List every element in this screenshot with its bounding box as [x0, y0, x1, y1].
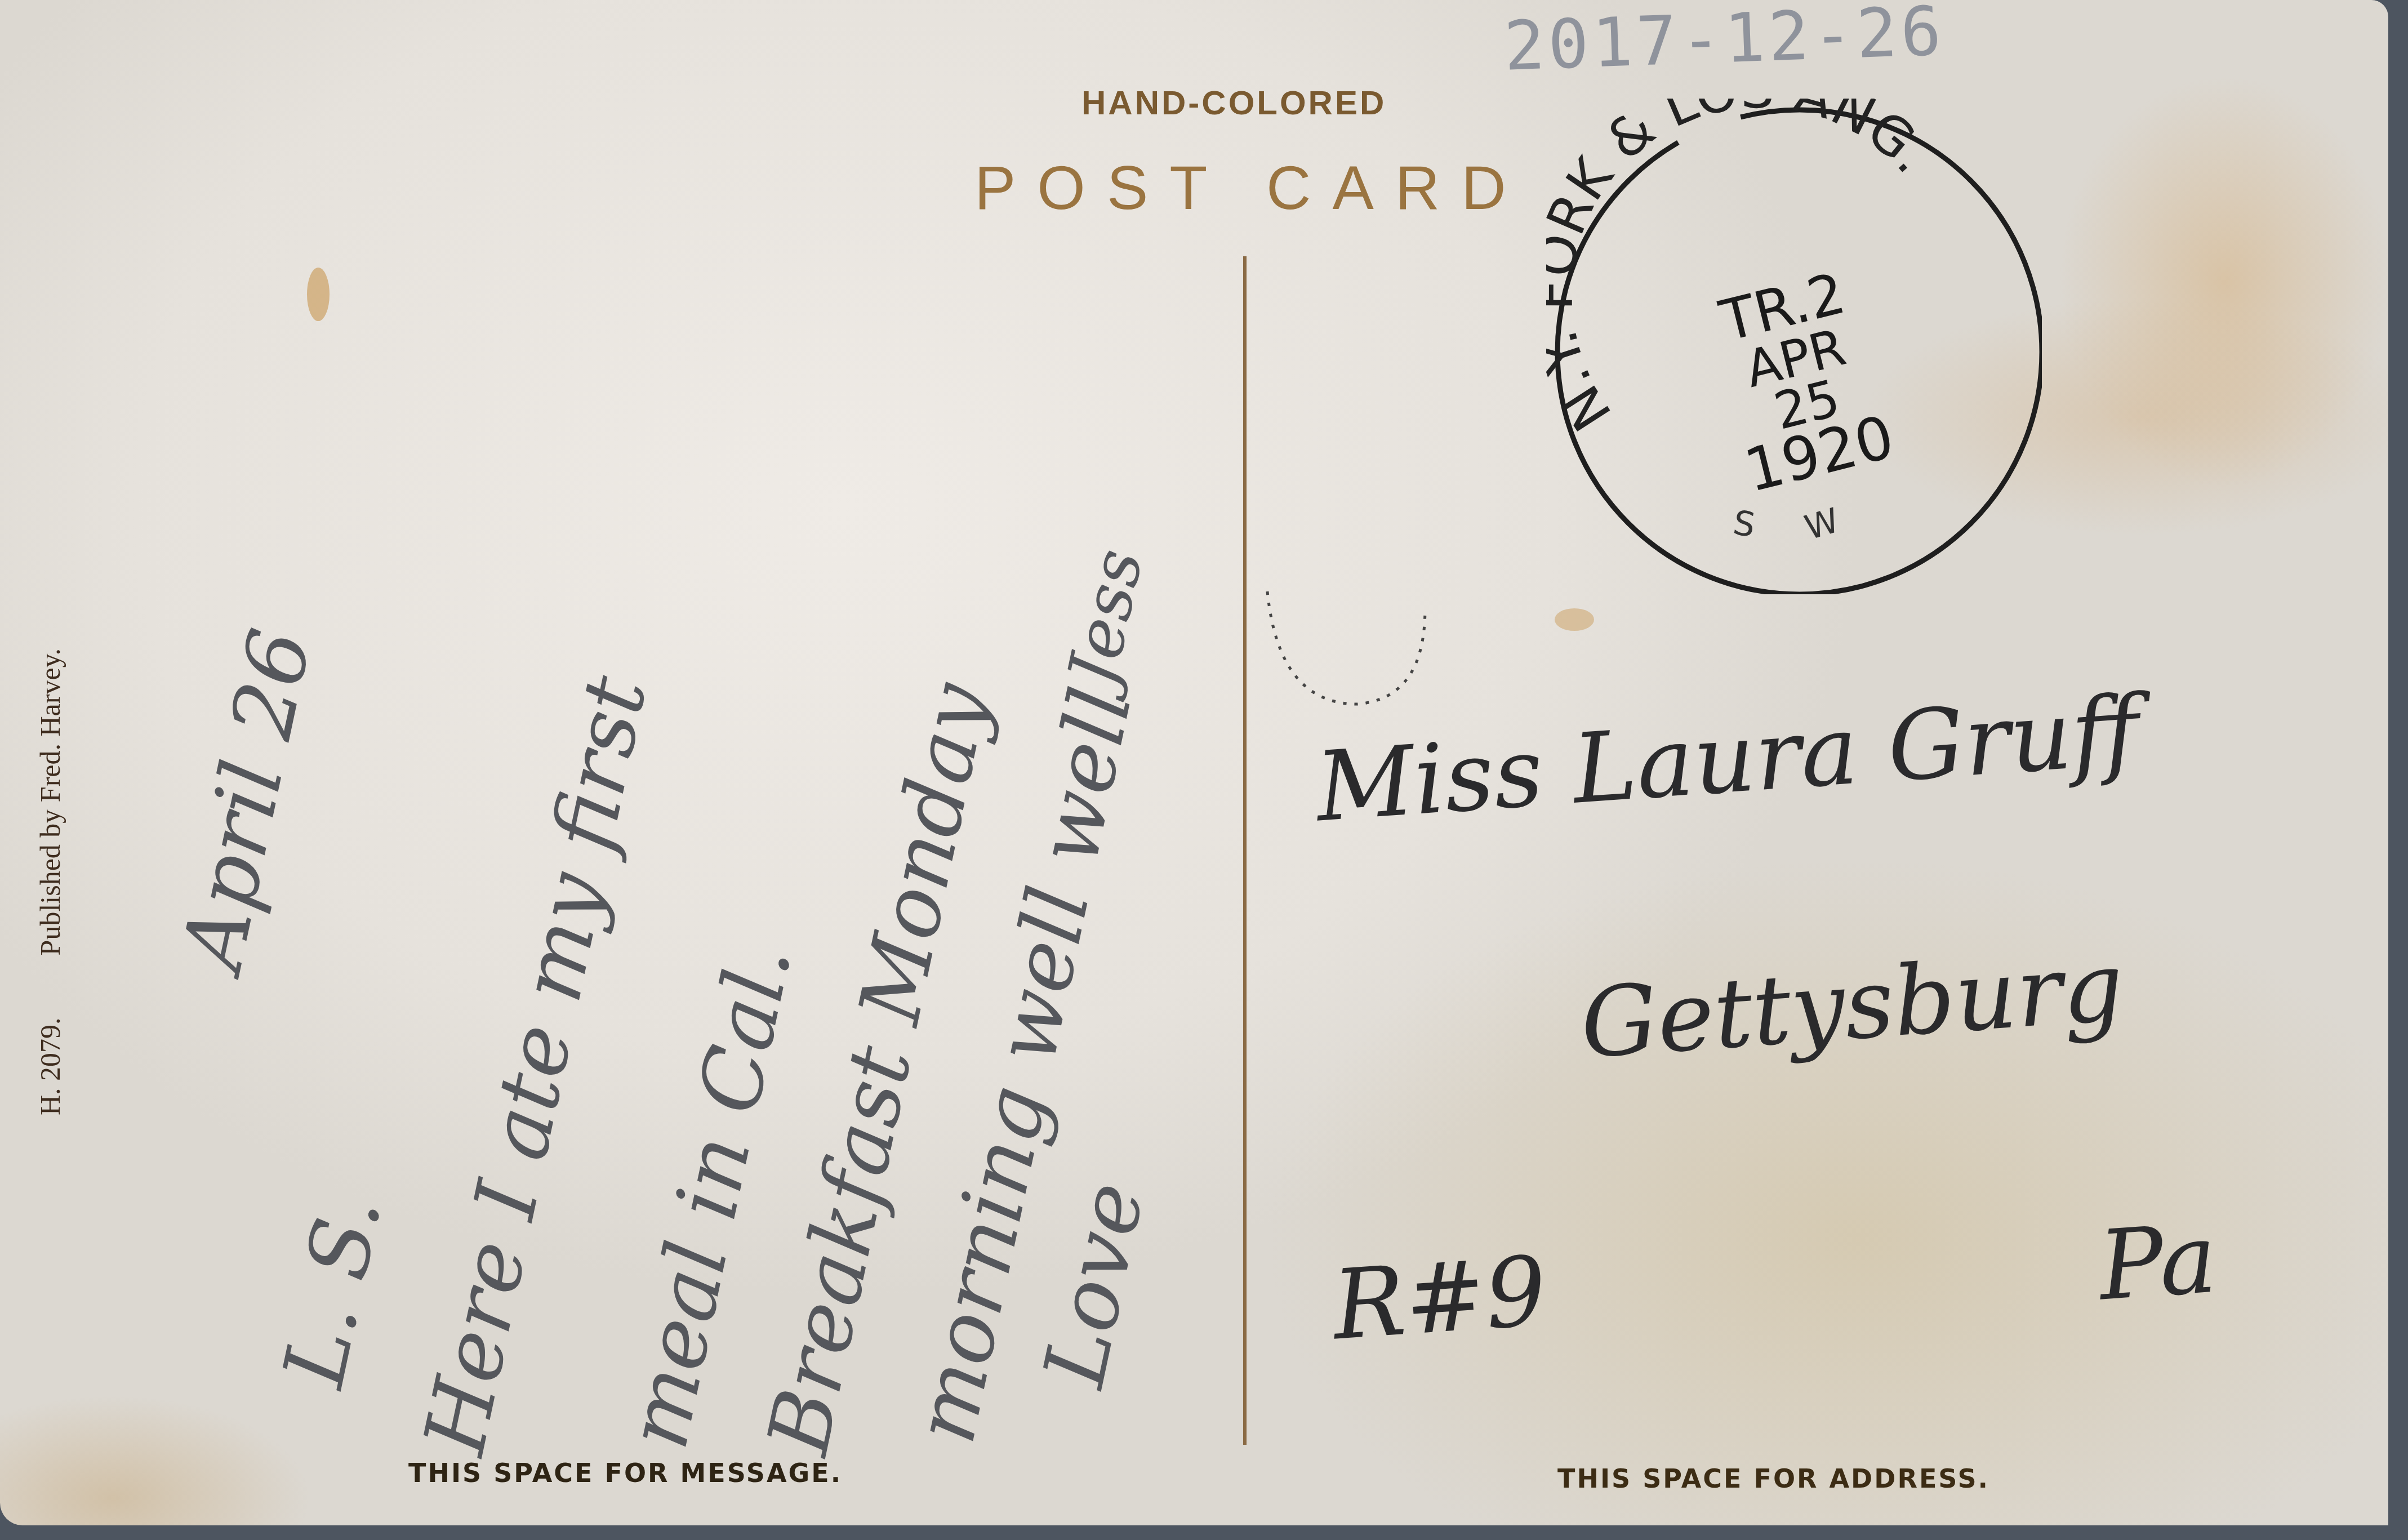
header-hand-colored: HAND-COLORED — [1081, 83, 1386, 122]
message-address-divider — [1243, 256, 1247, 1445]
postmark-top-arc: N.Y. FORK & LOS ANG. — [1546, 99, 1943, 441]
message-signature: Jess — [1053, 542, 1158, 692]
address-route: R#9 — [1329, 1236, 1550, 1362]
address-space-caption: THIS SPACE FOR ADDRESS. — [1557, 1463, 1989, 1494]
message-line: Here I ate my first — [406, 668, 666, 1462]
message-line: L. S. — [265, 1187, 400, 1395]
address-state: Pa — [2095, 1203, 2220, 1322]
archive-date-annotation: 2017-12-26 — [1503, 0, 1946, 86]
publisher-name: Published by Fred. Harvey. — [34, 648, 66, 955]
postcard-back: 2017-12-26 HAND-COLORED POST CARD H. 207… — [0, 0, 2388, 1525]
catalog-number: H. 2079. — [34, 1017, 66, 1115]
svg-text:N.Y. FORK & LOS ANG.: N.Y. FORK & LOS ANG. — [1546, 99, 1943, 441]
foxing-spot — [307, 268, 330, 321]
postmark-stamp: N.Y. FORK & LOS ANG. S W D TR.2 APR 25 1… — [1546, 99, 2042, 594]
message-date: April 26 — [163, 621, 331, 978]
foxing-spot — [1555, 608, 1594, 631]
message-line: Love — [1025, 1174, 1164, 1395]
message-space-caption: THIS SPACE FOR MESSAGE. — [408, 1458, 842, 1488]
publisher-imprint: H. 2079.Published by Fred. Harvey. — [34, 648, 66, 1115]
faint-cancel-mark — [1256, 575, 1442, 721]
header-post-card: POST CARD — [974, 152, 1528, 224]
address-city: Gettysburg — [1577, 931, 2127, 1080]
